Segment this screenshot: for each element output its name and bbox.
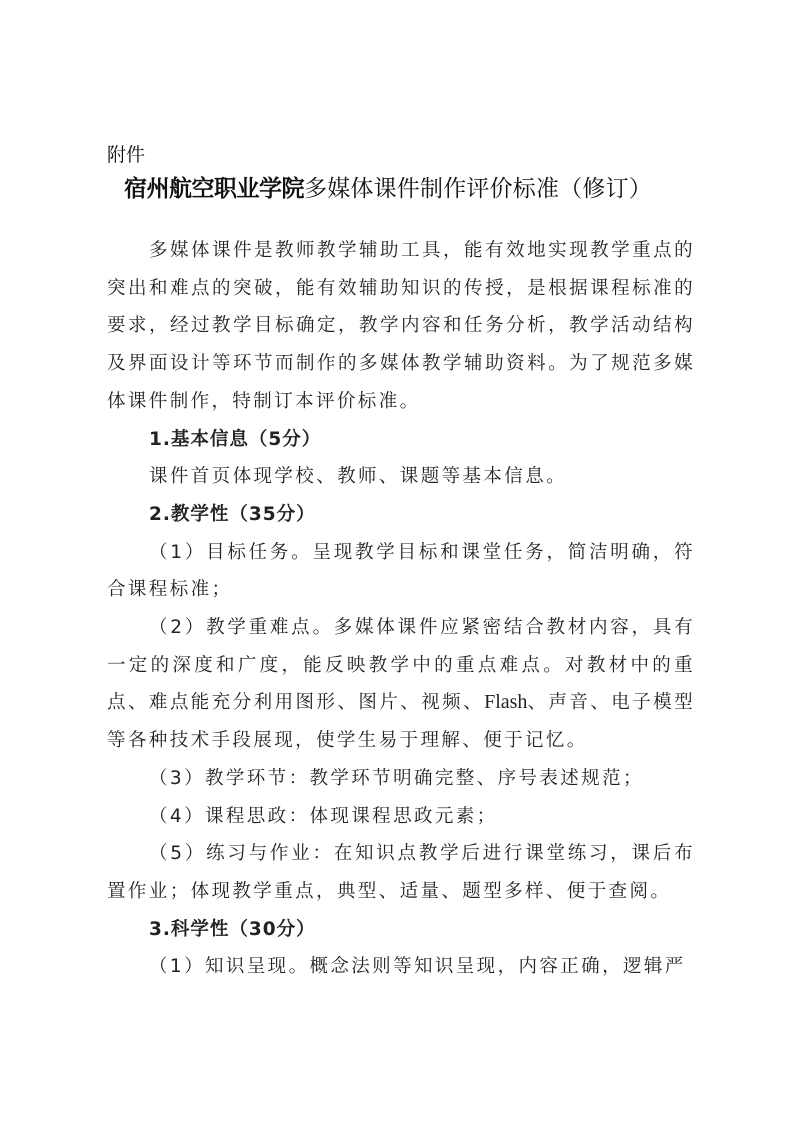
- section-paragraph: 课件首页体现学校、教师、课题等基本信息。: [107, 458, 695, 496]
- document-body: 多媒体课件是教师教学辅助工具，能有效地实现教学重点的突出和难点的突破，能有效辅助…: [107, 232, 695, 986]
- section-paragraph: （1）目标任务。呈现教学目标和课堂任务，简洁明确，符合课程标准；: [107, 534, 695, 609]
- title-subject: 多媒体课件制作评价标准（修订）: [304, 176, 652, 202]
- text-segment-latin: Flash: [484, 691, 527, 713]
- section-paragraph: （1）知识呈现。概念法则等知识呈现，内容正确，逻辑严: [107, 948, 695, 986]
- section-paragraph: （5）练习与作业：在知识点教学后进行课堂练习，课后布置作业；体现教学重点，典型、…: [107, 835, 695, 910]
- section-heading-scientific: 3.科学性（30分）: [107, 911, 695, 949]
- section-heading-teaching: 2.教学性（35分）: [107, 496, 695, 534]
- section-heading-basic-info: 1.基本信息（5分）: [107, 421, 695, 459]
- section-paragraph: （3）教学环节：教学环节明确完整、序号表述规范；: [107, 760, 695, 798]
- title-organization: 宿州航空职业学院: [124, 175, 304, 202]
- attachment-label: 附件: [107, 143, 145, 167]
- document-page: 附件 宿州航空职业学院多媒体课件制作评价标准（修订） 多媒体课件是教师教学辅助工…: [0, 0, 794, 1122]
- section-paragraph-key-points: （2）教学重难点。多媒体课件应紧密结合教材内容，具有一定的深度和广度，能反映教学…: [107, 609, 695, 760]
- intro-paragraph: 多媒体课件是教师教学辅助工具，能有效地实现教学重点的突出和难点的突破，能有效辅助…: [107, 232, 695, 421]
- document-title: 宿州航空职业学院多媒体课件制作评价标准（修订）: [124, 174, 652, 204]
- section-paragraph: （4）课程思政：体现课程思政元素；: [107, 798, 695, 836]
